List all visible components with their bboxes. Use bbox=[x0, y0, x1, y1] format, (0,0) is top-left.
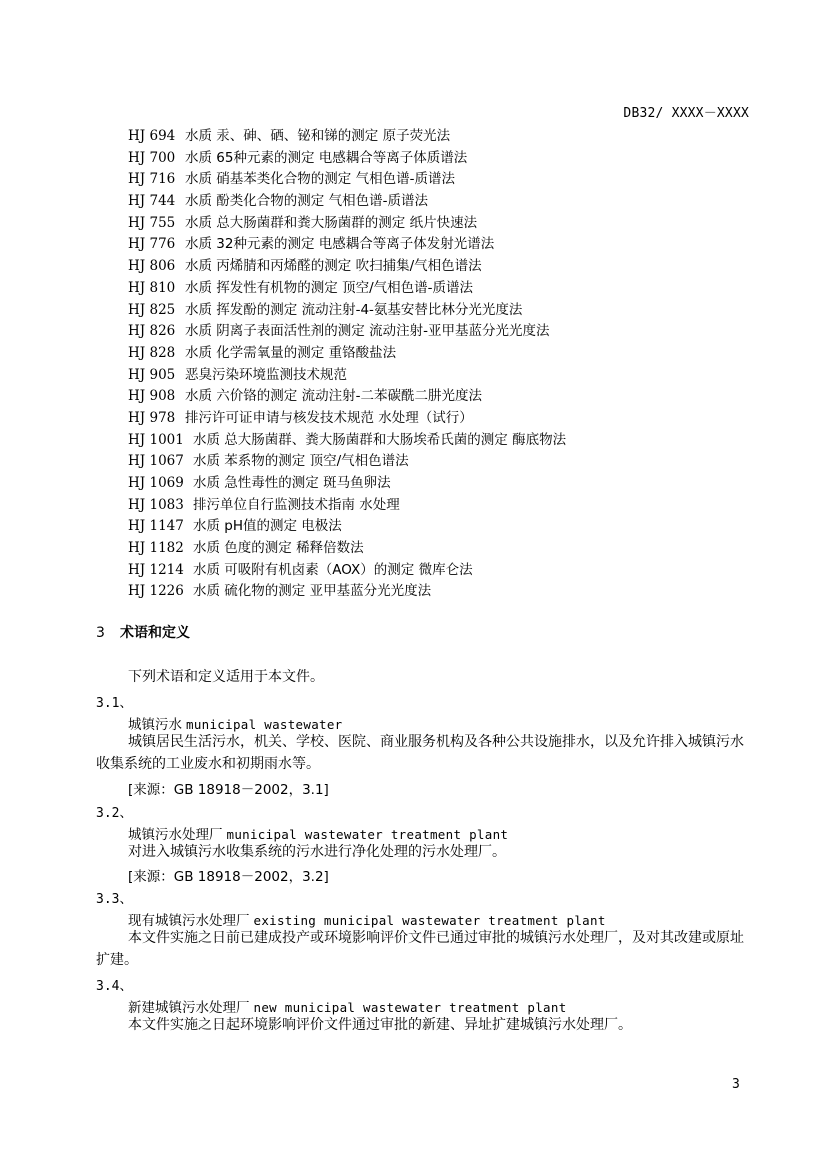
reference-title: 水质 挥发酚的测定 流动注射-4-氨基安替比林分光光度法 bbox=[185, 300, 522, 322]
reference-title: 水质 酚类化合物的测定 气相色谱-质谱法 bbox=[185, 191, 428, 213]
reference-item: HJ 908水质 六价铬的测定 流动注射-二苯碳酰二肼光度法 bbox=[128, 386, 184, 408]
reference-code: HJ 1069 bbox=[128, 473, 184, 495]
reference-item: HJ 755水质 总大肠菌群和粪大肠菌群的测定 纸片快速法 bbox=[128, 213, 184, 235]
section-number: 3 bbox=[96, 625, 120, 641]
reference-title: 水质 化学需氧量的测定 重铬酸盐法 bbox=[185, 343, 396, 365]
term-source: [来源：GB 18918－2002，3.1] bbox=[128, 778, 329, 798]
reference-code: HJ 1001 bbox=[128, 430, 184, 452]
reference-title: 水质 硫化物的测定 亚甲基蓝分光光度法 bbox=[193, 581, 431, 603]
reference-title: 恶臭污染环境监测技术规范 bbox=[185, 365, 347, 387]
term-title-zh: 现有城镇污水处理厂 bbox=[128, 913, 250, 929]
reference-item: HJ 905恶臭污染环境监测技术规范 bbox=[128, 365, 184, 387]
reference-code: HJ 755 bbox=[128, 213, 175, 235]
term-source: [来源：GB 18918－2002，3.2] bbox=[128, 865, 329, 885]
reference-code: HJ 810 bbox=[128, 278, 175, 300]
reference-title: 水质 硝基苯类化合物的测定 气相色谱-质谱法 bbox=[185, 169, 455, 191]
term-number: 3.1、 bbox=[96, 692, 132, 711]
reference-title: 水质 丙烯腈和丙烯醛的测定 吹扫捕集/气相色谱法 bbox=[185, 256, 482, 278]
reference-title: 水质 色度的测定 稀释倍数法 bbox=[193, 538, 364, 560]
reference-title: 水质 急性毒性的测定 斑马鱼卵法 bbox=[193, 473, 391, 495]
term-definition: 本文件实施之日起环境影响评价文件通过审批的新建、异址扩建城镇污水处理厂。 bbox=[96, 1015, 756, 1037]
reference-item: HJ 716水质 硝基苯类化合物的测定 气相色谱-质谱法 bbox=[128, 169, 184, 191]
reference-title: 水质 苯系物的测定 顶空/气相色谱法 bbox=[193, 451, 409, 473]
document-code: DB32/ XXXX－XXXX bbox=[623, 102, 749, 121]
term-number: 3.2、 bbox=[96, 802, 132, 821]
term-title: 城镇污水municipal wastewater bbox=[128, 713, 343, 733]
reference-item: HJ 1147水质 pH值的测定 电极法 bbox=[128, 516, 184, 538]
term-number: 3.3、 bbox=[96, 888, 132, 907]
reference-code: HJ 716 bbox=[128, 169, 175, 191]
term-title-en: municipal wastewater treatment plant bbox=[227, 827, 509, 842]
term-definition: 对进入城镇污水收集系统的污水进行净化处理的污水处理厂。 bbox=[96, 842, 756, 864]
reference-code: HJ 905 bbox=[128, 365, 175, 387]
reference-item: HJ 828水质 化学需氧量的测定 重铬酸盐法 bbox=[128, 343, 184, 365]
reference-title: 水质 总大肠菌群和粪大肠菌群的测定 纸片快速法 bbox=[185, 213, 477, 235]
reference-title: 水质 六价铬的测定 流动注射-二苯碳酰二肼光度法 bbox=[185, 386, 482, 408]
reference-code: HJ 908 bbox=[128, 386, 175, 408]
term-title-en: municipal wastewater bbox=[186, 717, 343, 732]
reference-item: HJ 978排污许可证申请与核发技术规范 水处理（试行） bbox=[128, 408, 184, 430]
reference-code: HJ 828 bbox=[128, 343, 175, 365]
reference-item: HJ 700水质 65种元素的测定 电感耦合等离子体质谱法 bbox=[128, 148, 184, 170]
reference-title: 水质 挥发性有机物的测定 顶空/气相色谱-质谱法 bbox=[185, 278, 473, 300]
reference-item: HJ 694水质 汞、砷、硒、铋和锑的测定 原子荧光法 bbox=[128, 126, 184, 148]
reference-title: 水质 汞、砷、硒、铋和锑的测定 原子荧光法 bbox=[185, 126, 450, 148]
term-title-zh: 城镇污水处理厂 bbox=[128, 827, 223, 843]
section-heading: 3术语和定义 bbox=[96, 622, 190, 642]
reference-code: HJ 1147 bbox=[128, 516, 184, 538]
reference-title: 水质 总大肠菌群、粪大肠菌群和大肠埃希氏菌的测定 酶底物法 bbox=[193, 430, 566, 452]
reference-code: HJ 1214 bbox=[128, 560, 184, 582]
reference-code: HJ 825 bbox=[128, 300, 175, 322]
reference-item: HJ 825水质 挥发酚的测定 流动注射-4-氨基安替比林分光光度法 bbox=[128, 300, 184, 322]
term-title-zh: 新建城镇污水处理厂 bbox=[128, 1000, 250, 1016]
term-title-en: new municipal wastewater treatment plant bbox=[254, 1000, 567, 1015]
term-definition: 城镇居民生活污水，机关、学校、医院、商业服务机构及各种公共设施排水，以及允许排入… bbox=[96, 732, 756, 775]
reference-title: 水质 65种元素的测定 电感耦合等离子体质谱法 bbox=[185, 148, 467, 170]
normative-references-list: HJ 694水质 汞、砷、硒、铋和锑的测定 原子荧光法 HJ 700水质 65种… bbox=[128, 126, 184, 603]
reference-code: HJ 1226 bbox=[128, 581, 184, 603]
reference-item: HJ 1069水质 急性毒性的测定 斑马鱼卵法 bbox=[128, 473, 184, 495]
reference-item: HJ 1067水质 苯系物的测定 顶空/气相色谱法 bbox=[128, 451, 184, 473]
reference-code: HJ 700 bbox=[128, 148, 175, 170]
reference-code: HJ 1083 bbox=[128, 495, 184, 517]
section-title: 术语和定义 bbox=[120, 625, 190, 641]
reference-item: HJ 1182水质 色度的测定 稀释倍数法 bbox=[128, 538, 184, 560]
reference-code: HJ 744 bbox=[128, 191, 175, 213]
reference-title: 水质 pH值的测定 电极法 bbox=[193, 516, 342, 538]
term-title: 现有城镇污水处理厂existing municipal wastewater t… bbox=[128, 909, 606, 929]
reference-title: 水质 阴离子表面活性剂的测定 流动注射-亚甲基蓝分光光度法 bbox=[185, 321, 549, 343]
reference-title: 排污许可证申请与核发技术规范 水处理（试行） bbox=[185, 408, 473, 430]
term-title-en: existing municipal wastewater treatment … bbox=[254, 913, 606, 928]
reference-code: HJ 694 bbox=[128, 126, 175, 148]
reference-item: HJ 826水质 阴离子表面活性剂的测定 流动注射-亚甲基蓝分光光度法 bbox=[128, 321, 184, 343]
reference-title: 水质 32种元素的测定 电感耦合等离子体发射光谱法 bbox=[185, 234, 494, 256]
term-number: 3.4、 bbox=[96, 975, 132, 994]
term-title: 城镇污水处理厂municipal wastewater treatment pl… bbox=[128, 823, 508, 843]
reference-code: HJ 1182 bbox=[128, 538, 184, 560]
reference-code: HJ 978 bbox=[128, 408, 175, 430]
page-number: 3 bbox=[732, 1077, 740, 1092]
reference-title: 水质 可吸附有机卤素（AOX）的测定 微库仑法 bbox=[193, 560, 473, 582]
reference-title: 排污单位自行监测技术指南 水处理 bbox=[193, 495, 400, 517]
reference-item: HJ 1214水质 可吸附有机卤素（AOX）的测定 微库仑法 bbox=[128, 560, 184, 582]
reference-item: HJ 744水质 酚类化合物的测定 气相色谱-质谱法 bbox=[128, 191, 184, 213]
reference-item: HJ 776水质 32种元素的测定 电感耦合等离子体发射光谱法 bbox=[128, 234, 184, 256]
document-page: DB32/ XXXX－XXXX HJ 694水质 汞、砷、硒、铋和锑的测定 原子… bbox=[0, 0, 827, 1169]
reference-item: HJ 1001水质 总大肠菌群、粪大肠菌群和大肠埃希氏菌的测定 酶底物法 bbox=[128, 430, 184, 452]
term-title: 新建城镇污水处理厂new municipal wastewater treatm… bbox=[128, 996, 567, 1016]
reference-item: HJ 810水质 挥发性有机物的测定 顶空/气相色谱-质谱法 bbox=[128, 278, 184, 300]
term-definition: 本文件实施之日前已建成投产或环境影响评价文件已通过审批的城镇污水处理厂，及对其改… bbox=[96, 928, 756, 971]
reference-code: HJ 776 bbox=[128, 234, 175, 256]
reference-code: HJ 826 bbox=[128, 321, 175, 343]
reference-code: HJ 806 bbox=[128, 256, 175, 278]
reference-code: HJ 1067 bbox=[128, 451, 184, 473]
term-title-zh: 城镇污水 bbox=[128, 717, 182, 733]
reference-item: HJ 1083排污单位自行监测技术指南 水处理 bbox=[128, 495, 184, 517]
reference-item: HJ 806水质 丙烯腈和丙烯醛的测定 吹扫捕集/气相色谱法 bbox=[128, 256, 184, 278]
reference-item: HJ 1226水质 硫化物的测定 亚甲基蓝分光光度法 bbox=[128, 581, 184, 603]
section-intro: 下列术语和定义适用于本文件。 bbox=[128, 666, 324, 686]
